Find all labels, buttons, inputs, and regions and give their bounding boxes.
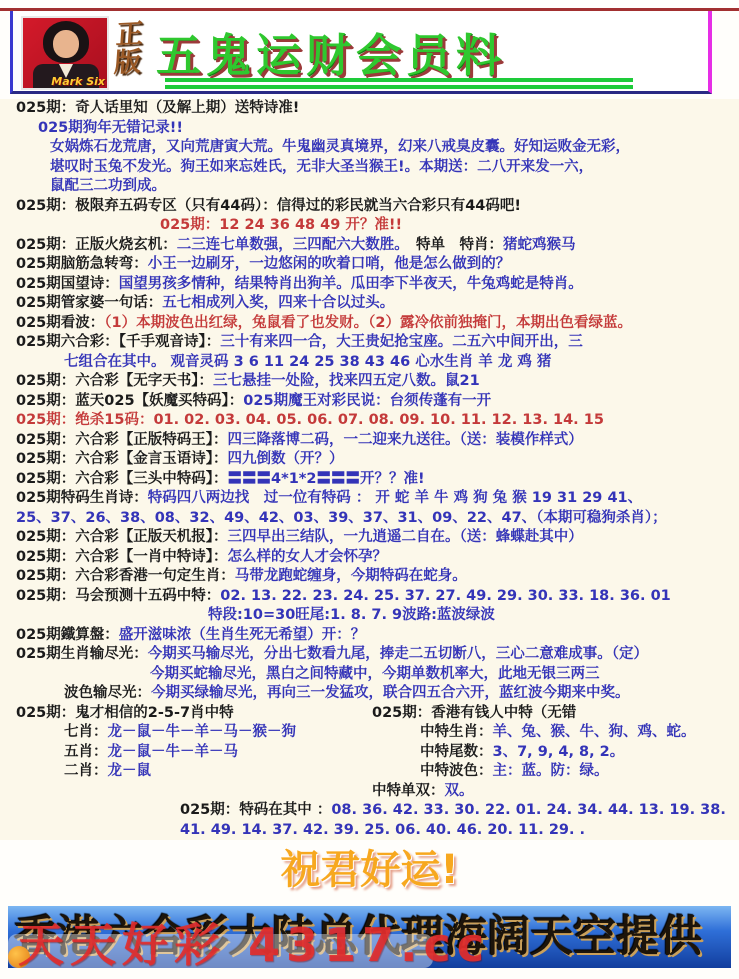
text-segment: 中特尾数： bbox=[420, 744, 493, 760]
content-line: 五肖：龙－鼠－牛－羊－马中特尾数：3、7, 9, 4, 8, 2。 bbox=[0, 743, 739, 763]
text-segment: 025期鐵算盤： bbox=[16, 627, 119, 643]
content-line: 025期鐵算盤：盛开滋味浓（生肖生死无希望）开：？ bbox=[0, 626, 739, 646]
text-segment: 025期：鬼才相信的2-5-7肖中特 bbox=[16, 705, 234, 721]
content-line: 中特单双：双。 bbox=[0, 782, 739, 802]
luck-message: 祝君好运! bbox=[0, 842, 739, 898]
content-line: 025期：六合彩香港一句定生肖：马带龙跑蛇缠身，今期特码在蛇身。 bbox=[0, 567, 739, 587]
left-column bbox=[0, 782, 356, 802]
text-segment: 025期狗年无错记录!! bbox=[38, 120, 183, 136]
text-segment: 025期魔王对彩民说：台须传蓬有一开 bbox=[243, 393, 491, 409]
content-line: 025期：六合彩【无字天书】：三七悬挂一处险，找来四五定八数。鼠21 bbox=[0, 372, 739, 392]
right-column: 中特生肖：羊、兔、猴、牛、狗、鸡、蛇。 bbox=[404, 723, 739, 743]
text-segment: 中特生肖： bbox=[420, 724, 493, 740]
left-column: 五肖：龙－鼠－牛－羊－马 bbox=[0, 743, 404, 763]
text-segment: 七肖： bbox=[64, 724, 108, 740]
text-segment: 国望男孩多情种，结果特肖出狗羊。瓜田李下半夜天，牛兔鸡蛇是特肖。 bbox=[119, 276, 583, 292]
text-segment: 鼠配三二功到成。 bbox=[50, 178, 166, 194]
text-segment: 特单 特肖： bbox=[402, 237, 504, 253]
text-segment: 双。 bbox=[445, 783, 474, 799]
text-segment: 五肖： bbox=[64, 744, 108, 760]
content-line: 025期：正版火烧玄机：二三连七单数强，三四配六大数胜。 特单 特肖：猪蛇鸡猴马 bbox=[0, 236, 739, 256]
text-segment: 025期：极限弃五码专区（只有44码）：信得过的彩民就当六合彩只有44码吧! bbox=[16, 198, 521, 214]
content-line: 025期：特码在其中 ：08. 36. 42. 33. 30. 22. 01. … bbox=[0, 801, 739, 821]
left-column: 二肖：龙－鼠 bbox=[0, 762, 404, 782]
text-segment: 今期买蛇输尽光，黑白之间特藏中，今期单数机率大，此地无银三两三 bbox=[150, 666, 600, 682]
content-line: 025期：奇人话里知（及解上期）送特诗准! bbox=[0, 99, 739, 119]
text-segment: 〓〓〓4*1*2〓〓〓开？？准! bbox=[228, 471, 425, 487]
text-segment: 025期：六合彩【一肖中特诗】： bbox=[16, 549, 228, 565]
text-segment: 025期管家婆一句话： bbox=[16, 295, 162, 311]
brand-mark: 正版 bbox=[113, 20, 149, 78]
text-segment: 三十有来四一合，大王贵妃抢宝座。二五六中间开出，三 bbox=[220, 334, 583, 350]
text-segment: 女娲炼石龙荒唐，又向荒唐寅大荒。牛鬼幽灵真境界，幻来八戒臭皮囊。好知运败金无彩， bbox=[50, 139, 630, 155]
right-column: 中特尾数：3、7, 9, 4, 8, 2。 bbox=[404, 743, 739, 763]
right-column: 025期：香港有钱人中特（无错 bbox=[356, 704, 739, 724]
text-segment: 三七悬挂一处险，找来四五定八数。鼠21 bbox=[213, 373, 480, 389]
text-segment: 025期脑筋急转弯： bbox=[16, 256, 148, 272]
content-line: 025期脑筋急转弯：小王一边刷牙，一边悠闲的吹着口哨，他是怎么做到的？ bbox=[0, 255, 739, 275]
content-line: 025期看波：（1）本期波色出红绿，兔鼠看了也发财。（2）露冷依前独掩门，本期出… bbox=[0, 314, 739, 334]
underline-bar bbox=[165, 78, 633, 82]
content-line: 女娲炼石龙荒唐，又向荒唐寅大荒。牛鬼幽灵真境界，幻来八戒臭皮囊。好知运败金无彩， bbox=[0, 138, 739, 158]
text-segment: 025期国望诗： bbox=[16, 276, 119, 292]
content-line: 025期：绝杀15码：01. 02. 03. 04. 05. 06. 07. 0… bbox=[0, 411, 739, 431]
left-column: 025期：鬼才相信的2-5-7肖中特 bbox=[0, 704, 356, 724]
footer-banner: 香港六合彩大陆总代理海阔天空提供 天天好彩 4317.cc bbox=[8, 906, 731, 968]
text-segment: 二三连七单数强，三四配六大数胜。 bbox=[177, 237, 402, 253]
photo-figure-face bbox=[53, 30, 79, 58]
content-line: 025期：马会预测十五码中特：02. 13. 22. 23. 24. 25. 3… bbox=[0, 587, 739, 607]
text-segment: 025期：特码在其中 ： bbox=[180, 802, 331, 818]
content-line: 特段:10=30旺尾:1. 8. 7. 9波路:蓝波绿波 bbox=[0, 606, 739, 626]
content-line: 七组合在其中。 观音灵码 3 6 11 24 25 38 43 46 心水生肖 … bbox=[0, 353, 739, 373]
content-line: 025期管家婆一句话：五七相成列入奖，四来十合以过头。 bbox=[0, 294, 739, 314]
text-segment: 025期：蓝天025【妖魔买特码】： bbox=[16, 393, 243, 409]
text-segment: 025期：六合彩【正版天机报】： bbox=[16, 529, 228, 545]
member-photo: Mark Six bbox=[21, 16, 109, 90]
text-segment: 025期六合彩：【千手观音诗】： bbox=[16, 334, 220, 350]
text-segment: 马带龙跑蛇缠身，今期特码在蛇身。 bbox=[235, 568, 467, 584]
text-segment: 中特波色： bbox=[420, 763, 493, 779]
content: 025期：奇人话里知（及解上期）送特诗准!025期狗年无错记录!!女娲炼石龙荒唐… bbox=[0, 94, 739, 840]
content-line: 41. 49. 14. 37. 42. 39. 25. 06. 40. 46. … bbox=[0, 821, 739, 841]
text-segment: 主：蓝。防：绿。 bbox=[493, 763, 609, 779]
content-line: 025期：六合彩【正版天机报】：三四早出三结队，一九逍遥二自在。（送：蜂蝶赴其中… bbox=[0, 528, 739, 548]
text-segment: 025期：绝杀15码：01. 02. 03. 04. 05. 06. 07. 0… bbox=[16, 412, 604, 428]
text-segment: 025期生肖输尽光： bbox=[16, 646, 148, 662]
content-line: 025期：鬼才相信的2-5-7肖中特025期：香港有钱人中特（无错 bbox=[0, 704, 739, 724]
text-segment: 025期：12 24 36 48 49 开？准!! bbox=[160, 217, 402, 233]
text-segment: 七组合在其中。 观音灵码 3 6 11 24 25 38 43 46 心水生肖 … bbox=[64, 354, 551, 370]
content-line: 鼠配三二功到成。 bbox=[0, 177, 739, 197]
text-segment: （1）本期波色出红绿，兔鼠看了也发财。（2）露冷依前独掩门，本期出色看绿蓝。 bbox=[104, 315, 632, 331]
content-line: 025期：六合彩【正版特码王】：四三降落博二码，一二迎来九送往。（送：装模作样式… bbox=[0, 431, 739, 451]
content-line: 波色输尽光：今期买绿输尽光，再向三一发猛攻，联合四五合六开，蓝红波今期来中奖。 bbox=[0, 684, 739, 704]
content-line: 025期六合彩：【千手观音诗】：三十有来四一合，大王贵妃抢宝座。二五六中间开出，… bbox=[0, 333, 739, 353]
text-segment: 025期特码生肖诗： bbox=[16, 490, 148, 506]
content-line: 025期：六合彩【三头中特码】：〓〓〓4*1*2〓〓〓开？？准! bbox=[0, 470, 739, 490]
text-segment: 025期：六合彩【无字天书】： bbox=[16, 373, 213, 389]
content-line: 025期：极限弃五码专区（只有44码）：信得过的彩民就当六合彩只有44码吧! bbox=[0, 197, 739, 217]
text-segment: 特码四八两边找 过一位有特码 ： 开 蛇 羊 牛 鸡 狗 兔 猴 19 31 2… bbox=[148, 490, 642, 506]
photo-caption: Mark Six bbox=[51, 75, 105, 88]
text-segment: 025期：六合彩【金言玉语诗】： bbox=[16, 451, 228, 467]
text-segment: 龙－鼠－牛－羊－马－猴－狗 bbox=[108, 724, 297, 740]
content-line: 025期特码生肖诗：特码四八两边找 过一位有特码 ： 开 蛇 羊 牛 鸡 狗 兔… bbox=[0, 489, 739, 509]
text-segment: 猪蛇鸡猴马 bbox=[503, 237, 576, 253]
text-segment: 02. 13. 22. 23. 24. 25. 37. 27. 49. 29. … bbox=[220, 588, 670, 604]
text-segment: 四三降落博二码，一二迎来九送往。（送：装模作样式） bbox=[228, 432, 583, 448]
text-segment: 41. 49. 14. 37. 42. 39. 25. 06. 40. 46. … bbox=[180, 822, 585, 838]
text-segment: 特段:10=30旺尾:1. 8. 7. 9波路:蓝波绿波 bbox=[208, 607, 495, 623]
content-line: 25、37、26、38、08、32、49、42、03、39、37、31、09、2… bbox=[0, 509, 739, 529]
text-segment: 025期：正版火烧玄机： bbox=[16, 237, 177, 253]
text-segment: 三四早出三结队，一九逍遥二自在。（送：蜂蝶赴其中） bbox=[228, 529, 583, 545]
content-line: 二肖：龙－鼠中特波色：主：蓝。防：绿。 bbox=[0, 762, 739, 782]
text-segment: 025期：奇人话里知（及解上期）送特诗准! bbox=[16, 100, 299, 116]
right-column: 中特单双：双。 bbox=[356, 782, 739, 802]
content-line: 七肖：龙－鼠－牛－羊－马－猴－狗中特生肖：羊、兔、猴、牛、狗、鸡、蛇。 bbox=[0, 723, 739, 743]
content-line: 今期买蛇输尽光，黑白之间特藏中，今期单数机率大，此地无银三两三 bbox=[0, 665, 739, 685]
text-segment: 08. 36. 42. 33. 30. 22. 01. 24. 34. 44. … bbox=[331, 802, 726, 818]
text-segment: 25、37、26、38、08、32、49、42、03、39、37、31、09、2… bbox=[16, 510, 667, 526]
text-segment: 龙－鼠 bbox=[108, 763, 152, 779]
text-segment: 盛开滋味浓（生肖生死无希望）开：？ bbox=[119, 627, 366, 643]
text-segment: 二肖： bbox=[64, 763, 108, 779]
header: Mark Six 正版 五鬼运财会员料 bbox=[10, 11, 712, 94]
text-segment: 025期：马会预测十五码中特： bbox=[16, 588, 220, 604]
text-segment: 中特单双： bbox=[372, 783, 445, 799]
text-segment: 怎么样的女人才会怀孕？ bbox=[228, 549, 388, 565]
left-column: 七肖：龙－鼠－牛－羊－马－猴－狗 bbox=[0, 723, 404, 743]
underline-bar bbox=[165, 85, 633, 89]
text-segment: 025期：香港有钱人中特（无错 bbox=[372, 705, 576, 721]
content-line: 025期狗年无错记录!! bbox=[0, 119, 739, 139]
content-line: 025期：六合彩【一肖中特诗】：怎么样的女人才会怀孕？ bbox=[0, 548, 739, 568]
text-segment: 堪叹时玉兔不发光。狗王如来忘姓氏，无非大圣当猴王!。本期送：二八开来发一六， bbox=[50, 159, 593, 175]
text-segment: 波色输尽光： bbox=[64, 685, 151, 701]
title-underline bbox=[165, 75, 633, 89]
text-segment: 025期：六合彩【三头中特码】： bbox=[16, 471, 228, 487]
right-column: 中特波色：主：蓝。防：绿。 bbox=[404, 762, 739, 782]
content-line: 025期：12 24 36 48 49 开？准!! bbox=[0, 216, 739, 236]
text-segment: 025期：六合彩【正版特码王】： bbox=[16, 432, 228, 448]
page: Mark Six 正版 五鬼运财会员料 025期：奇人话里知（及解上期）送特诗准… bbox=[0, 8, 739, 968]
content-line: 025期：蓝天025【妖魔买特码】：025期魔王对彩民说：台须传蓬有一开 bbox=[0, 392, 739, 412]
watermark-text: 天天好彩 4317.cc bbox=[18, 909, 490, 968]
text-segment: 3、7, 9, 4, 8, 2。 bbox=[493, 744, 625, 760]
text-segment: 五七相成列入奖，四来十合以过头。 bbox=[162, 295, 394, 311]
content-line: 025期：六合彩【金言玉语诗】：四九倒数（开？） bbox=[0, 450, 739, 470]
text-segment: 四九倒数（开？） bbox=[228, 451, 344, 467]
text-segment: 小王一边刷牙，一边悠闲的吹着口哨，他是怎么做到的？ bbox=[148, 256, 511, 272]
text-segment: 羊、兔、猴、牛、狗、鸡、蛇。 bbox=[493, 724, 696, 740]
content-line: 025期生肖输尽光：今期买马输尽光，分出七数看九尾，捧走二五切断八，三心二意难成… bbox=[0, 645, 739, 665]
content-line: 堪叹时玉兔不发光。狗王如来忘姓氏，无非大圣当猴王!。本期送：二八开来发一六， bbox=[0, 158, 739, 178]
text-segment: 025期看波： bbox=[16, 315, 104, 331]
text-segment: 今期买马输尽光，分出七数看九尾，捧走二五切断八，三心二意难成事。（定） bbox=[148, 646, 648, 662]
text-segment: 今期买绿输尽光，再向三一发猛攻，联合四五合六开，蓝红波今期来中奖。 bbox=[151, 685, 630, 701]
content-line: 025期国望诗：国望男孩多情种，结果特肖出狗羊。瓜田李下半夜天，牛兔鸡蛇是特肖。 bbox=[0, 275, 739, 295]
text-segment: 025期：六合彩香港一句定生肖： bbox=[16, 568, 235, 584]
text-segment: 龙－鼠－牛－羊－马 bbox=[108, 744, 239, 760]
